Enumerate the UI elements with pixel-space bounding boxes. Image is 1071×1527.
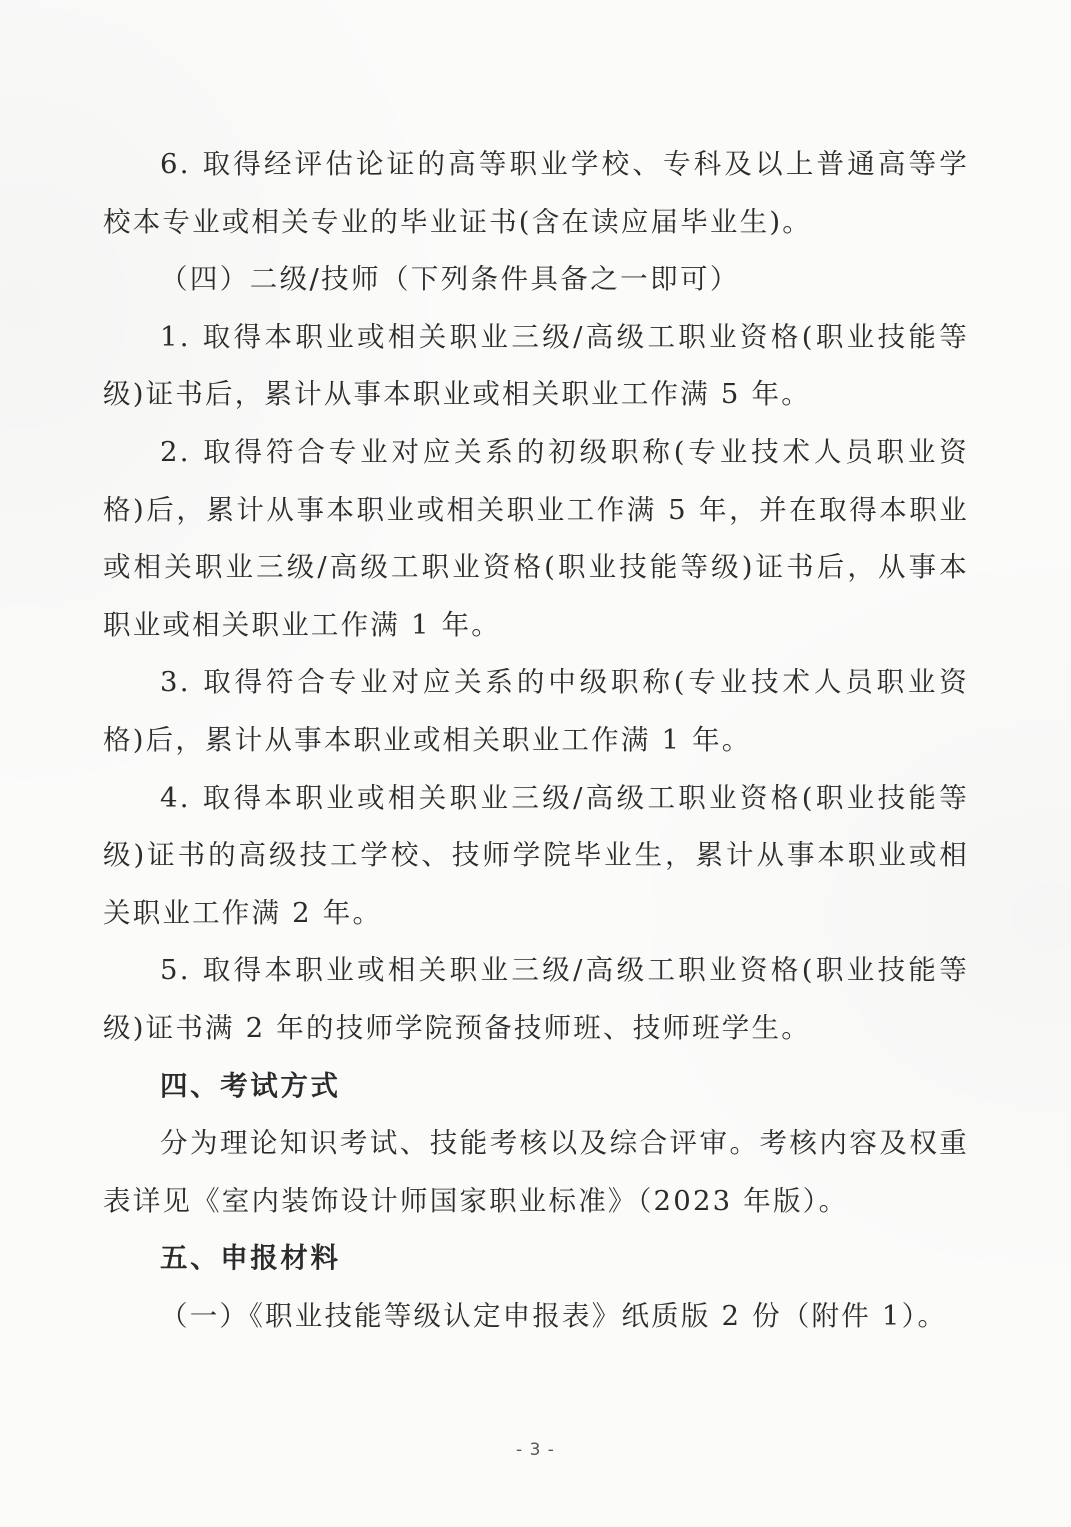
document-page: 6. 取得经评估论证的高等职业学校、专科及以上普通高等学校本专业或相关专业的毕业… xyxy=(0,0,1071,1527)
paragraph-application-form: （一）《职业技能等级认定申报表》纸质版 2 份（附件 1）。 xyxy=(103,1288,969,1346)
paragraph-exam-method: 分为理论知识考试、技能考核以及综合评审。考核内容及权重表详见《室内装饰设计师国家… xyxy=(103,1115,969,1230)
document-body: 6. 取得经评估论证的高等职业学校、专科及以上普通高等学校本专业或相关专业的毕业… xyxy=(103,136,969,1345)
section-heading-application-materials: 五、申报材料 xyxy=(103,1230,969,1288)
page-number: - 3 - xyxy=(0,1440,1071,1460)
subheading-level-2-technician: （四）二级/技师（下列条件具备之一即可） xyxy=(103,251,969,309)
paragraph-condition-5: 5. 取得本职业或相关职业三级/高级工职业资格(职业技能等级)证书满 2 年的技… xyxy=(103,942,969,1057)
paragraph-condition-3: 3. 取得符合专业对应关系的中级职称(专业技术人员职业资格)后，累计从事本职业或… xyxy=(103,654,969,769)
paragraph-condition-2: 2. 取得符合专业对应关系的初级职称(专业技术人员职业资格)后，累计从事本职业或… xyxy=(103,424,969,654)
paragraph-condition-4: 4. 取得本职业或相关职业三级/高级工职业资格(职业技能等级)证书的高级技工学校… xyxy=(103,770,969,943)
section-heading-exam-method: 四、考试方式 xyxy=(103,1058,969,1116)
paragraph-condition-1: 1. 取得本职业或相关职业三级/高级工职业资格(职业技能等级)证书后，累计从事本… xyxy=(103,309,969,424)
paragraph-item-6-graduate-certificate: 6. 取得经评估论证的高等职业学校、专科及以上普通高等学校本专业或相关专业的毕业… xyxy=(103,136,969,251)
